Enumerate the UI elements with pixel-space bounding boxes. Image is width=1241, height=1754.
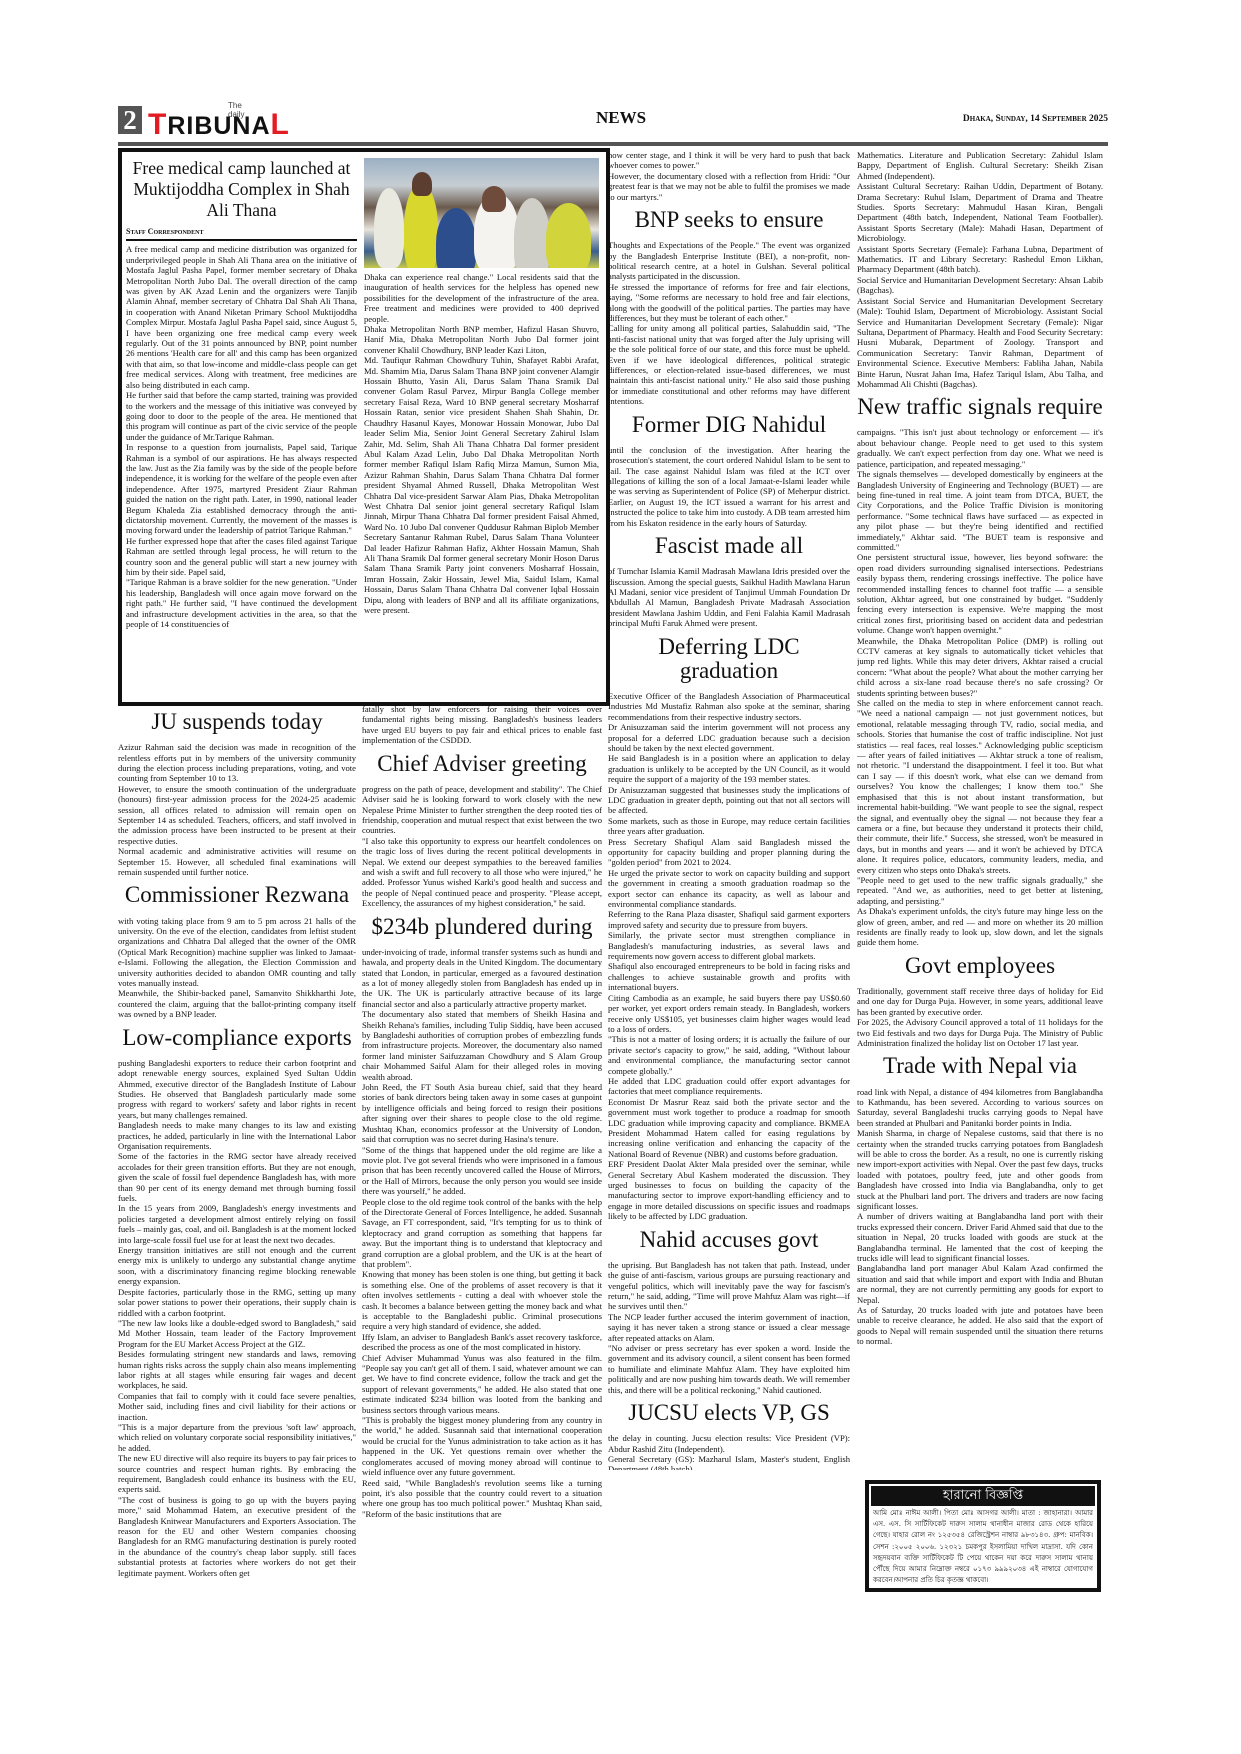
- lead-photo: [364, 158, 599, 268]
- article-body: of Tumchar Islamia Kamil Madrasah Mawlan…: [608, 566, 850, 628]
- paragraph: Azizur Rahman said the decision was made…: [118, 742, 356, 784]
- article-body: Executive Officer of the Bangladesh Asso…: [608, 691, 850, 1222]
- paragraph: As Dhaka's experiment unfolds, the city'…: [857, 906, 1103, 948]
- column-4: Mathematics. Literature and Publication …: [857, 150, 1103, 1470]
- paragraph: General Secretary (GS): Mazharul Islam, …: [608, 1454, 850, 1470]
- dateline: Dhaka, Sunday, 14 September 2025: [963, 114, 1108, 124]
- paragraph: Similarly, the private sector must stren…: [608, 930, 850, 961]
- article-headline: Former DIG Nahidul: [608, 413, 850, 437]
- notice-title: হারানো বিজ্ঞপ্তি: [871, 1486, 1095, 1506]
- paragraph: Bangladesh needs to make many changes to…: [118, 1120, 356, 1151]
- paragraph: John Reed, the FT South Asia bureau chie…: [362, 1082, 602, 1144]
- paragraph: "Tarique Rahman is a brave soldier for t…: [126, 577, 357, 629]
- paragraph: Citing Cambodia as an example, he said b…: [608, 993, 850, 1035]
- article-headline: Low-compliance exports: [118, 1026, 356, 1050]
- logo-wordmark: TRIBUNAL: [148, 108, 290, 142]
- paragraph: The signals themselves — developed domes…: [857, 469, 1103, 552]
- paragraph: People close to the old regime took cont…: [362, 1197, 602, 1270]
- paragraph: Normal academic and administrative activ…: [118, 846, 356, 877]
- paragraph: He stressed the importance of reforms fo…: [608, 282, 850, 324]
- paragraph: "No adviser or press secretary has ever …: [608, 1343, 850, 1395]
- page-number: 2: [118, 106, 142, 134]
- paragraph: now center stage, and I think it will be…: [608, 150, 850, 171]
- paragraph: Thoughts and Expectations of the People.…: [608, 240, 850, 282]
- paragraph: pushing Bangladeshi exporters to reduce …: [118, 1058, 356, 1120]
- paragraph: Md. Taufiqur Rahman Chowdhury Tuhin, Sha…: [364, 355, 599, 615]
- paragraph: For 2025, the Advisory Council approved …: [857, 1017, 1103, 1048]
- paragraph: "This is probably the biggest money plun…: [362, 1415, 602, 1477]
- paragraph: road link with Nepal, a distance of 494 …: [857, 1087, 1103, 1129]
- paragraph: As of Saturday, 20 trucks loaded with ju…: [857, 1305, 1103, 1347]
- article-body: with voting taking place from 9 am to 5 …: [118, 916, 356, 1020]
- paragraph: The documentary also stated that members…: [362, 1009, 602, 1082]
- article-headline: Deferring LDC graduation: [608, 635, 850, 683]
- paragraph: the uprising. But Bangladesh has not tak…: [608, 1260, 850, 1312]
- paragraph: with voting taking place from 9 am to 5 …: [118, 916, 356, 989]
- section-title: NEWS: [596, 108, 646, 128]
- paragraph: The new EU directive will also require i…: [118, 1453, 356, 1495]
- paragraph: Despite factories, particularly those in…: [118, 1287, 356, 1318]
- paragraph: "The cost of business is going to go up …: [118, 1495, 356, 1578]
- paragraph: Some markets, such as those in Europe, m…: [608, 816, 850, 837]
- paragraph: Some of the factories in the RMG sector …: [118, 1151, 356, 1203]
- article-headline: JUCSU elects VP, GS: [608, 1401, 850, 1425]
- paragraph: The NCP leader further accused the inter…: [608, 1312, 850, 1343]
- paragraph: "The new law looks like a double-edged s…: [118, 1318, 356, 1349]
- paragraph: Manish Sharma, in charge of Nepalese cus…: [857, 1128, 1103, 1211]
- paragraph: Banglabandha land port manager Abul Kala…: [857, 1263, 1103, 1305]
- paragraph: However, the documentary closed with a r…: [608, 171, 850, 202]
- article-body: road link with Nepal, a distance of 494 …: [857, 1087, 1103, 1347]
- article-body: Traditionally, government staff receive …: [857, 986, 1103, 1048]
- lead-col1-body: A free medical camp and medicine distrib…: [126, 244, 357, 629]
- paragraph: Mathematics. Literature and Publication …: [857, 150, 1103, 181]
- article-body: the uprising. But Bangladesh has not tak…: [608, 1260, 850, 1395]
- paragraph: She called on the media to step in where…: [857, 698, 1103, 875]
- paragraph: A number of drivers waiting at Banglaban…: [857, 1211, 1103, 1263]
- paragraph: Executive Officer of the Bangladesh Asso…: [608, 691, 850, 722]
- paragraph: under-invoicing of trade, informal trans…: [362, 947, 602, 1009]
- lead-headline: Free medical camp launched at Muktijoddh…: [126, 158, 357, 221]
- article-body: progress on the path of peace, developme…: [362, 784, 602, 909]
- paragraph: Dr Anisuzzaman suggested that businesses…: [608, 785, 850, 816]
- paragraph: He added that LDC graduation could offer…: [608, 1076, 850, 1097]
- article-body: the delay in counting. Jucsu election re…: [608, 1433, 850, 1470]
- paragraph: "Some of the things that happened under …: [362, 1145, 602, 1197]
- paragraph: Knowing that money has been stolen is on…: [362, 1269, 602, 1331]
- lead-col2-body: Dhaka can experience real change." Local…: [364, 272, 599, 615]
- paragraph: "This is not a matter of losing orders; …: [608, 1034, 850, 1076]
- paragraph: "People need to get used to the new traf…: [857, 875, 1103, 906]
- paragraph: Assistant Cultural Secretary: Raihan Udd…: [857, 181, 1103, 243]
- paragraph: Shafiqul also encouraged entrepreneurs t…: [608, 961, 850, 992]
- paragraph: Besides formulating stringent new standa…: [118, 1349, 356, 1391]
- article-headline: New traffic signals require: [857, 395, 1103, 419]
- paragraph: He further said that before the camp sta…: [126, 390, 357, 442]
- paragraph: A free medical camp and medicine distrib…: [126, 244, 357, 390]
- byline: Staff Correspondent: [126, 227, 357, 241]
- paragraph: fatally shot by law enforcers for raisin…: [362, 704, 602, 746]
- article-headline: BNP seeks to ensure: [608, 208, 850, 232]
- paragraph: Social Service and Humanitarian Developm…: [857, 275, 1103, 296]
- article-body: pushing Bangladeshi exporters to reduce …: [118, 1058, 356, 1578]
- article-body: Azizur Rahman said the decision was made…: [118, 742, 356, 877]
- article-body: Thoughts and Expectations of the People.…: [608, 240, 850, 407]
- paragraph: Energy transition initiatives are still …: [118, 1245, 356, 1287]
- article-headline: Govt employees: [857, 954, 1103, 978]
- article-body: campaigns. "This isn't just about techno…: [857, 427, 1103, 947]
- article-body: now center stage, and I think it will be…: [608, 150, 850, 202]
- article-headline: Nahid accuses govt: [608, 1228, 850, 1252]
- paragraph: Meanwhile, the Dhaka Metropolitan Police…: [857, 636, 1103, 698]
- notice-body: আমি মোঃ নাঈম আলী। পিতা মোঃ আসগর আলী। মাত…: [871, 1506, 1095, 1586]
- paragraph: Calling for unity among all political pa…: [608, 323, 850, 406]
- paragraph: However, to ensure the smooth continuati…: [118, 784, 356, 846]
- article-headline: Trade with Nepal via: [857, 1054, 1103, 1078]
- paragraph: Meanwhile, the Shibir-backed panel, Sama…: [118, 988, 356, 1019]
- paragraph: of Tumchar Islamia Kamil Madrasah Mawlan…: [608, 566, 850, 628]
- paragraph: He urged the private sector to work on c…: [608, 868, 850, 910]
- article-headline: Commissioner Rezwana: [118, 883, 356, 907]
- paragraph: In response to a question from journalis…: [126, 442, 357, 536]
- paragraph: Assistant Sports Secretary (Female): Far…: [857, 244, 1103, 275]
- article-body: until the conclusion of the investigatio…: [608, 445, 850, 528]
- paragraph: Traditionally, government staff receive …: [857, 986, 1103, 1017]
- article-body: fatally shot by law enforcers for raisin…: [362, 704, 602, 746]
- article-headline: Fascist made all: [608, 534, 850, 558]
- masthead: 2 The daily TRIBUNAL NEWS Dhaka, Sunday,…: [118, 104, 1108, 144]
- header-rule: [118, 142, 1108, 146]
- paragraph: campaigns. "This isn't just about techno…: [857, 427, 1103, 469]
- paragraph: Assistant Social Service and Humanitaria…: [857, 296, 1103, 390]
- lead-story-col2: Dhaka can experience real change." Local…: [364, 272, 599, 696]
- column-3: now center stage, and I think it will be…: [608, 150, 850, 1470]
- article-body: Mathematics. Literature and Publication …: [857, 150, 1103, 389]
- paragraph: progress on the path of peace, developme…: [362, 784, 602, 836]
- paragraph: "This is a major departure from the prev…: [118, 1422, 356, 1453]
- paragraph: until the conclusion of the investigatio…: [608, 445, 850, 528]
- article-headline: JU suspends today: [118, 710, 356, 734]
- article-body: under-invoicing of trade, informal trans…: [362, 947, 602, 1519]
- paragraph: Dhaka can experience real change." Local…: [364, 272, 599, 324]
- paragraph: Dr Anisuzzaman said the interim governme…: [608, 722, 850, 753]
- column-2-lower: fatally shot by law enforcers for raisin…: [362, 704, 602, 1704]
- paragraph: Referring to the Rana Plaza disaster, Sh…: [608, 909, 850, 930]
- lead-story-col1: Free medical camp launched at Muktijoddh…: [126, 156, 357, 694]
- paragraph: Iffy Islam, an adviser to Bangladesh Ban…: [362, 1332, 602, 1353]
- paragraph: He further expressed hope that after the…: [126, 536, 357, 578]
- paragraph: In the 15 years from 2009, Bangladesh's …: [118, 1203, 356, 1245]
- paragraph: Chief Adviser Muhammad Yunus was also fe…: [362, 1353, 602, 1415]
- paragraph: Economist Dr Masrur Reaz said both the p…: [608, 1097, 850, 1159]
- paragraph: He said Bangladesh is in a position wher…: [608, 753, 850, 784]
- paragraph: Dhaka Metropolitan North BNP member, Haf…: [364, 324, 599, 355]
- paragraph: Companies that fail to comply with it co…: [118, 1391, 356, 1422]
- paragraph: the delay in counting. Jucsu election re…: [608, 1433, 850, 1454]
- article-headline: $234b plundered during: [362, 915, 602, 939]
- paragraph: ERF President Daolat Akter Mala presided…: [608, 1159, 850, 1221]
- paragraph: Reed said, "While Bangladesh's revolutio…: [362, 1478, 602, 1520]
- paragraph: One persistent structural issue, however…: [857, 552, 1103, 635]
- paragraph: Press Secretary Shafiqul Alam said Bangl…: [608, 837, 850, 868]
- lost-notice-box: হারানো বিজ্ঞপ্তি আমি মোঃ নাঈম আলী। পিতা …: [865, 1480, 1101, 1592]
- article-headline: Chief Adviser greeting: [362, 752, 602, 776]
- paragraph: "I also take this opportunity to express…: [362, 836, 602, 909]
- column-1-lower: JU suspends todayAzizur Rahman said the …: [118, 704, 356, 1704]
